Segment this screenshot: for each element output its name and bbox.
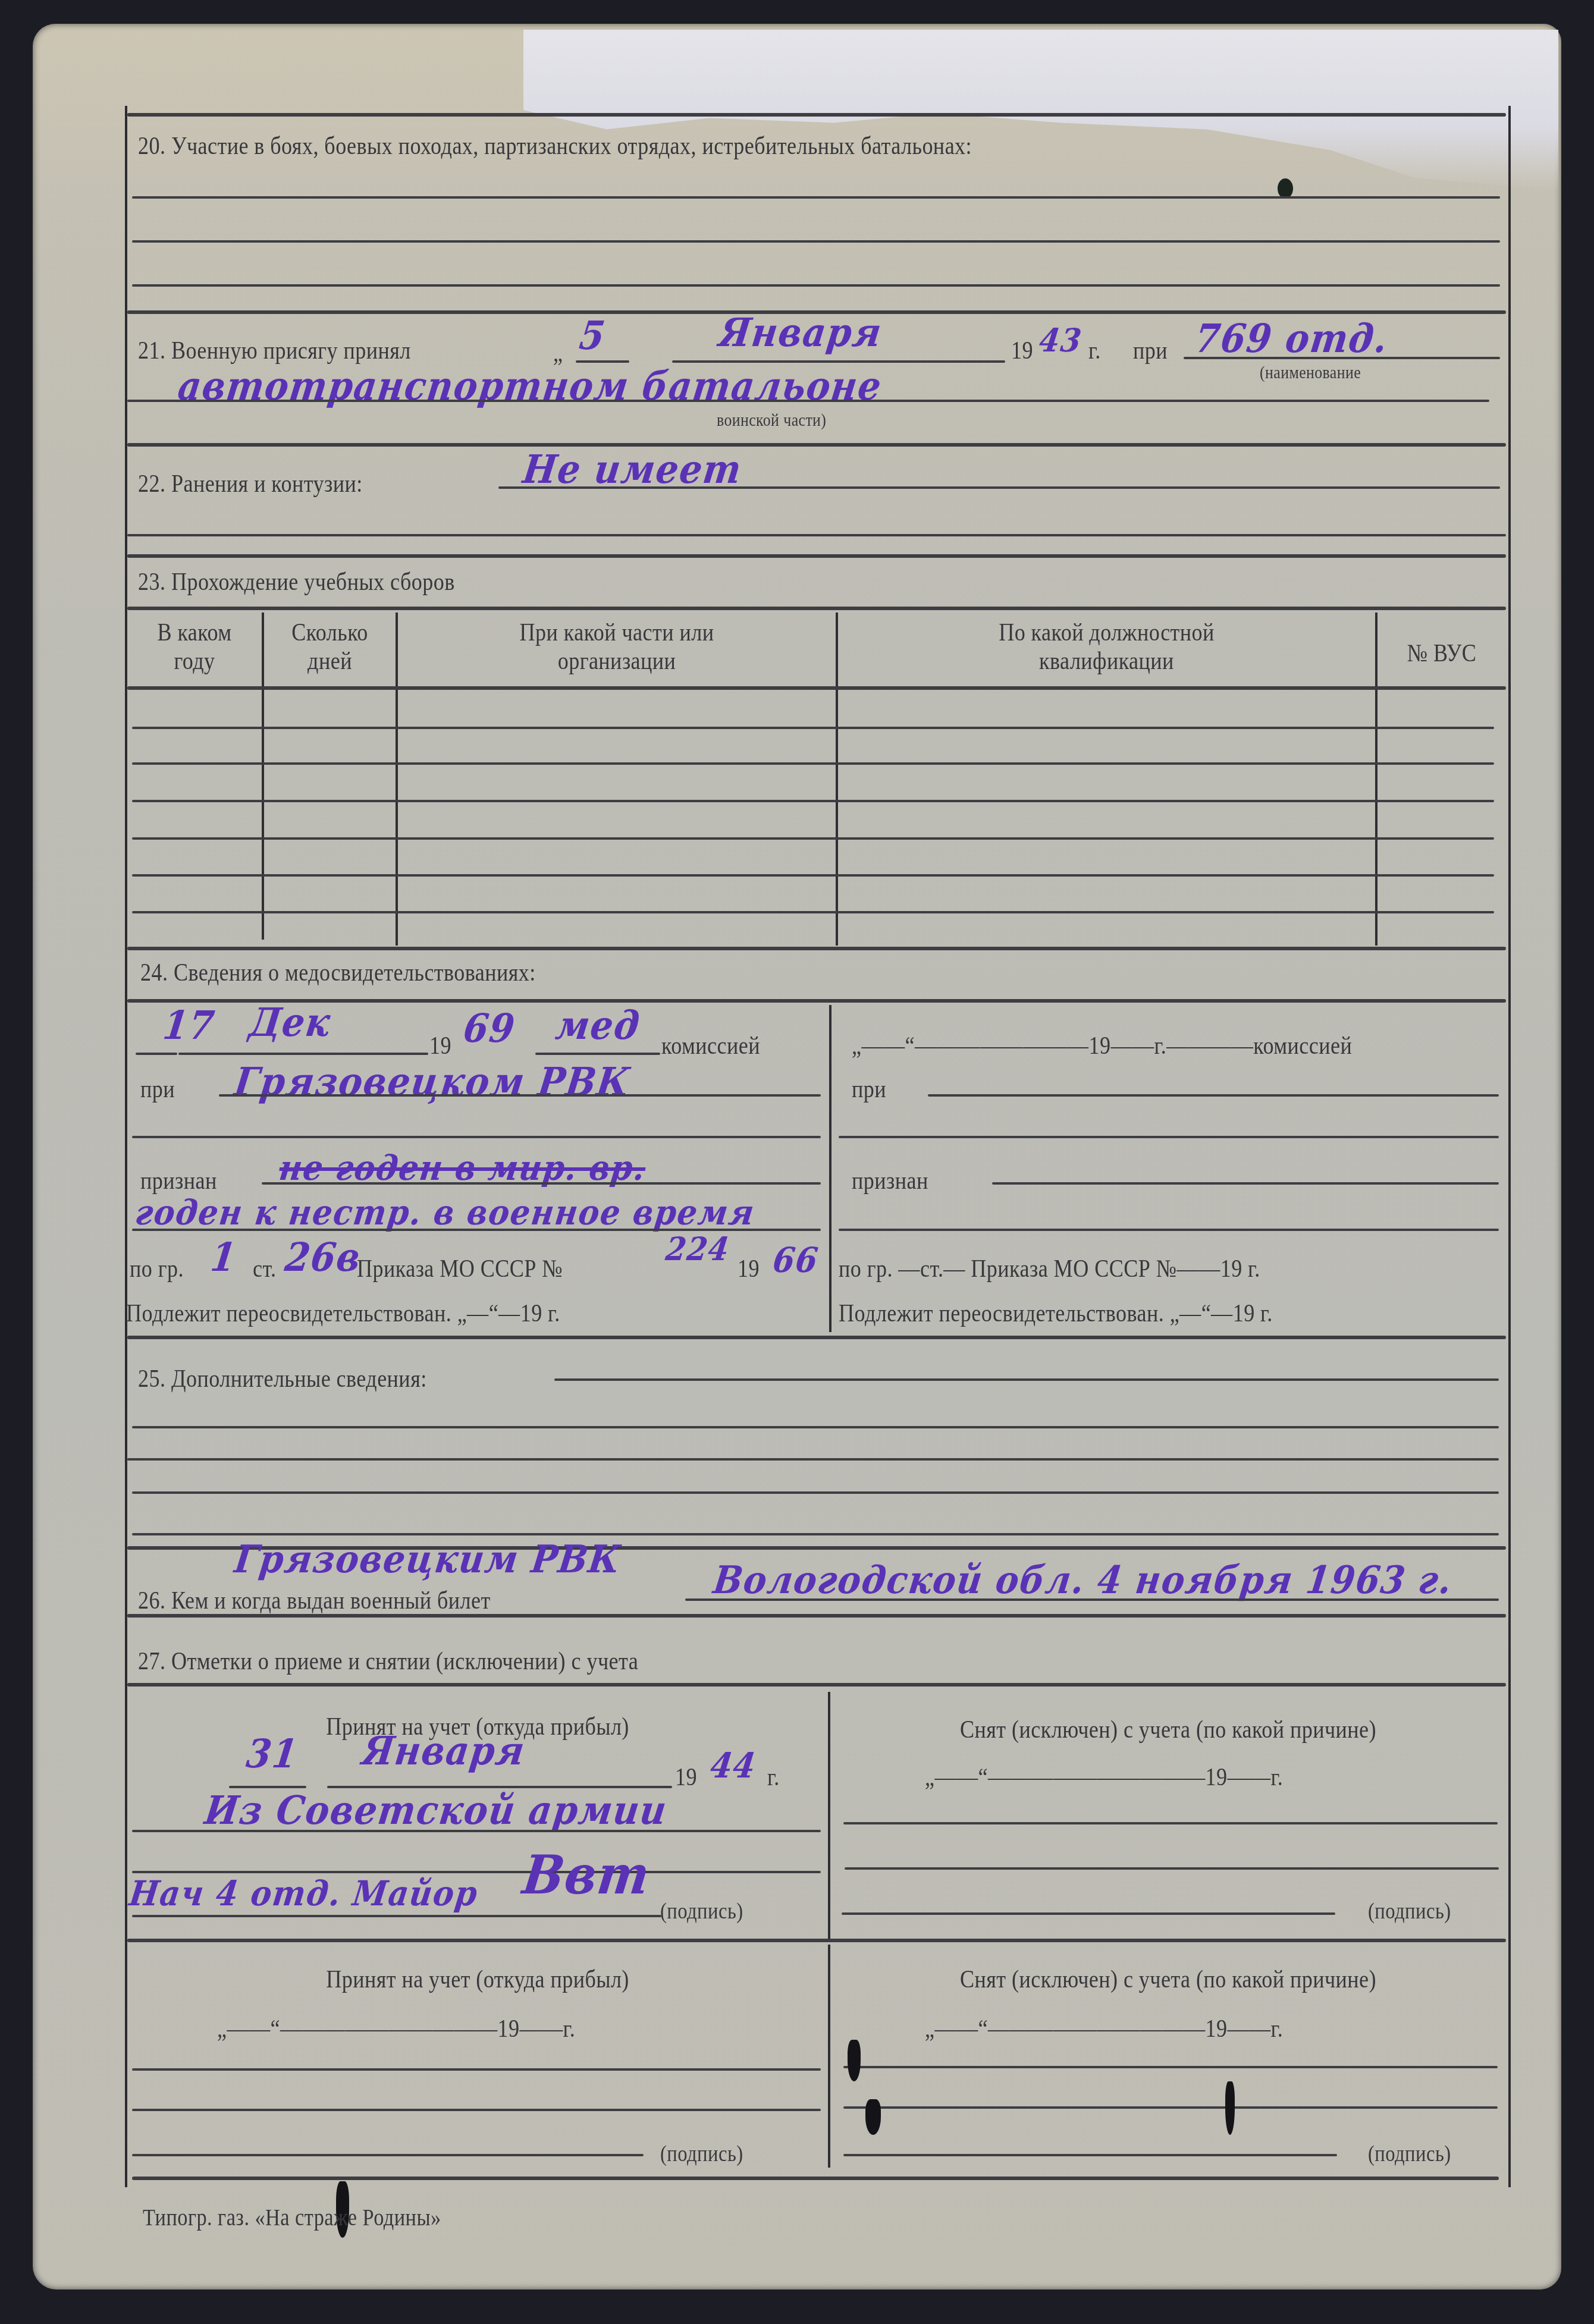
med-order-year: 66: [771, 1240, 821, 1280]
reg3-title: Принят на учет (откуда прибыл): [176, 1965, 779, 1994]
med2-found-label: признан: [852, 1167, 928, 1195]
section-27-rule: [127, 1614, 1506, 1618]
tear-mark: [865, 2099, 881, 2135]
reg2-line-1: [843, 1822, 1498, 1824]
reg4-sign-line: [843, 2154, 1337, 2156]
wounds-value: Не имеет: [520, 446, 745, 492]
reg2-line-2: [845, 1867, 1499, 1870]
table-divider-3: [836, 613, 838, 946]
col-header-qual-line2: квалификации: [876, 647, 1338, 676]
section-26-line: [685, 1598, 1499, 1601]
reg1-year: 44: [708, 1745, 759, 1786]
col-header-days: Сколько дней: [273, 618, 386, 676]
med-day-line: [136, 1053, 177, 1055]
med-at-line: [219, 1094, 821, 1097]
section-25-line-3: [127, 1458, 1499, 1461]
med-commission-type: мед: [553, 1002, 643, 1048]
year-prefix: 19: [1011, 337, 1033, 365]
table-divider-2: [396, 613, 398, 946]
reg3-line-2: [132, 2109, 821, 2111]
med-commission-label: комиссией: [661, 1032, 760, 1060]
section-24-sub-rule: [127, 999, 1506, 1003]
med-divider: [829, 1005, 831, 1332]
col-header-days-line2: дней: [273, 647, 386, 676]
reg-divider-1: [828, 1692, 830, 1942]
section-26-label: 26. Кем и когда выдан военный билет: [138, 1587, 491, 1615]
med-day: 17: [161, 1002, 218, 1048]
unit-line-2: [127, 400, 1489, 402]
table-top-rule: [127, 607, 1506, 610]
section-22-rule: [127, 443, 1506, 447]
med2-date-line: „——“————————19——г.————комиссией: [852, 1032, 1352, 1060]
reg1-year-prefix: 19: [675, 1763, 697, 1792]
reg2-signature-caption: (подпись): [1368, 1898, 1451, 1924]
reg3-line-1: [132, 2068, 821, 2071]
section-20-line-3: [132, 284, 1500, 287]
signature: Ввт: [519, 1844, 654, 1907]
table-header-rule: [127, 686, 1506, 690]
reg-divider-2: [828, 1945, 830, 2168]
col-header-unit-line2: организации: [429, 647, 805, 676]
med-st-value: 26в: [283, 1234, 364, 1280]
med2-order-line: по гр. —ст.— Приказа МО СССР №——19 г.: [839, 1255, 1260, 1283]
section-25-line-1: [554, 1378, 1499, 1381]
col-header-qual-line1: По какой должностной: [876, 618, 1338, 647]
reg3-date: „——“——————————19——г.: [217, 2015, 575, 2043]
med2-at-line-2: [839, 1136, 1499, 1138]
reg4-line-2: [843, 2106, 1498, 2109]
col-header-qualification: По какой должностной квалификации: [876, 618, 1338, 676]
table-divider-4: [1375, 613, 1378, 946]
table-row-line: [132, 800, 1494, 802]
med-found-line: [262, 1182, 821, 1185]
section-25-line-2: [132, 1426, 1499, 1428]
col-header-year-line2: году: [137, 647, 252, 676]
col-header-year: В каком году: [137, 618, 252, 676]
section-21-label: 21. Военную присягу принял: [138, 337, 411, 365]
med2-reexam-label: Подлежит переосвидетельствован. „—“—19 г…: [839, 1299, 1273, 1328]
section-27-mid-rule: [127, 1939, 1506, 1942]
col-header-days-line1: Сколько: [273, 618, 386, 647]
med2-at-line: [928, 1094, 1499, 1097]
med-order-year-prefix: 19: [738, 1255, 760, 1283]
oath-year: 43: [1037, 321, 1084, 359]
med-at-line-2: [132, 1136, 821, 1138]
med-commission-line: [535, 1053, 660, 1055]
reg2-title: Снят (исключен) с учета (по какой причин…: [878, 1716, 1459, 1744]
wounds-line-2: [127, 534, 1506, 536]
at-label: при: [1133, 337, 1168, 365]
section-27-label: 27. Отметки о приеме и снятии (исключени…: [138, 1647, 638, 1676]
med-at-label: при: [140, 1075, 175, 1104]
reg1-signer: Нач 4 отд. Майор: [127, 1873, 481, 1914]
reg1-signature-caption: (подпись): [660, 1898, 743, 1924]
reg3-sign-line: [132, 2154, 644, 2156]
oath-month: Января: [717, 309, 885, 356]
section-20-label: 20. Участие в боях, боевых походах, парт…: [138, 132, 972, 161]
tear-mark: [848, 2040, 861, 2081]
med-found-label: признан: [140, 1167, 217, 1195]
col-header-unit-line1: При какой части или: [429, 618, 805, 647]
col-header-year-line1: В каком: [137, 618, 252, 647]
med-gr-label: по гр.: [130, 1255, 184, 1283]
section-23-label: 23. Прохождение учебных сборов: [138, 568, 455, 596]
reg1-from-line: [132, 1830, 821, 1832]
section-22-label: 22. Ранения и контузии:: [138, 470, 363, 498]
oath-unit-number: 769 отд.: [1193, 315, 1391, 362]
section-24-label: 24. Сведения о медосвидетельствованиях:: [140, 959, 536, 987]
reg1-from: Из Советской армии: [202, 1787, 670, 1833]
table-divider-1: [262, 613, 264, 940]
med-order-value: 224: [664, 1230, 732, 1268]
med-year: 69: [461, 1005, 518, 1051]
reg1-month: Января: [360, 1728, 528, 1774]
top-rule: [127, 113, 1506, 117]
section-20-line-1: [132, 196, 1500, 199]
table-row-line: [132, 911, 1494, 913]
bottom-rule: [132, 2177, 1499, 2180]
table-row-line: [132, 874, 1494, 877]
med-reexam-label: Подлежит переосвидетельствован. „—“—19 г…: [126, 1299, 560, 1328]
tear-mark: [1225, 2081, 1235, 2135]
wounds-line: [498, 486, 1500, 489]
reg4-signature-caption: (подпись): [1368, 2141, 1451, 2167]
reg4-date: „——“——————————19——г.: [925, 2015, 1283, 2043]
reg3-signature-caption: (подпись): [660, 2141, 743, 2167]
year-unit: г.: [1088, 337, 1101, 365]
section-27-sub-rule: [127, 1683, 1506, 1687]
reg1-year-unit: г.: [767, 1763, 780, 1792]
med2-found-line: [992, 1182, 1499, 1185]
reg1-day: 31: [244, 1731, 301, 1777]
reg4-line-1: [843, 2066, 1498, 2068]
med-month: Дек: [247, 999, 334, 1045]
table-row-line: [132, 837, 1494, 840]
med2-found-line-2: [839, 1229, 1499, 1231]
section-25-line-4: [132, 1491, 1499, 1494]
caption-unit: воинской части): [717, 410, 826, 431]
col-header-vus: № ВУС: [1386, 639, 1497, 668]
med-st-label: ст.: [253, 1255, 276, 1283]
med-year-prefix: 19: [429, 1032, 451, 1060]
issued-by: Грязовецким РВК: [232, 1537, 623, 1582]
section-26-top-line: [132, 1533, 1499, 1535]
reg2-date: „——“——————————19——г.: [925, 1763, 1283, 1792]
section-25-label: 25. Дополнительные сведения:: [138, 1365, 427, 1393]
col-header-unit: При какой части или организации: [429, 618, 805, 676]
caption-naming: (наименование: [1260, 363, 1361, 383]
reg4-title: Снят (исключен) с учета (по какой причин…: [878, 1965, 1459, 1994]
med-found-value: годен к нестр. в военное время: [133, 1192, 757, 1233]
section-25-rule: [127, 1336, 1506, 1339]
med-order-label: Приказа МО СССР №: [357, 1255, 563, 1283]
issued-where-when: Вологодской обл. 4 ноября 1963 г.: [711, 1558, 1455, 1603]
med2-at-label: при: [852, 1075, 886, 1104]
med-month-line: [178, 1053, 428, 1055]
oath-unit-name: автотранспортном батальоне: [175, 363, 884, 409]
table-row-line: [132, 762, 1494, 765]
section-24-rule: [127, 947, 1506, 950]
section-23-rule: [127, 554, 1506, 558]
section-20-line-2: [132, 240, 1500, 243]
table-row-line: [132, 727, 1494, 729]
reg1-sign-line: [132, 1915, 661, 1917]
printer-imprint: Типогр. газ. «На страже Родины»: [143, 2203, 441, 2231]
med-at-value: Грязовецком РВК: [232, 1059, 633, 1105]
reg2-sign-line: [842, 1912, 1335, 1915]
punch-hole: [1278, 178, 1293, 199]
